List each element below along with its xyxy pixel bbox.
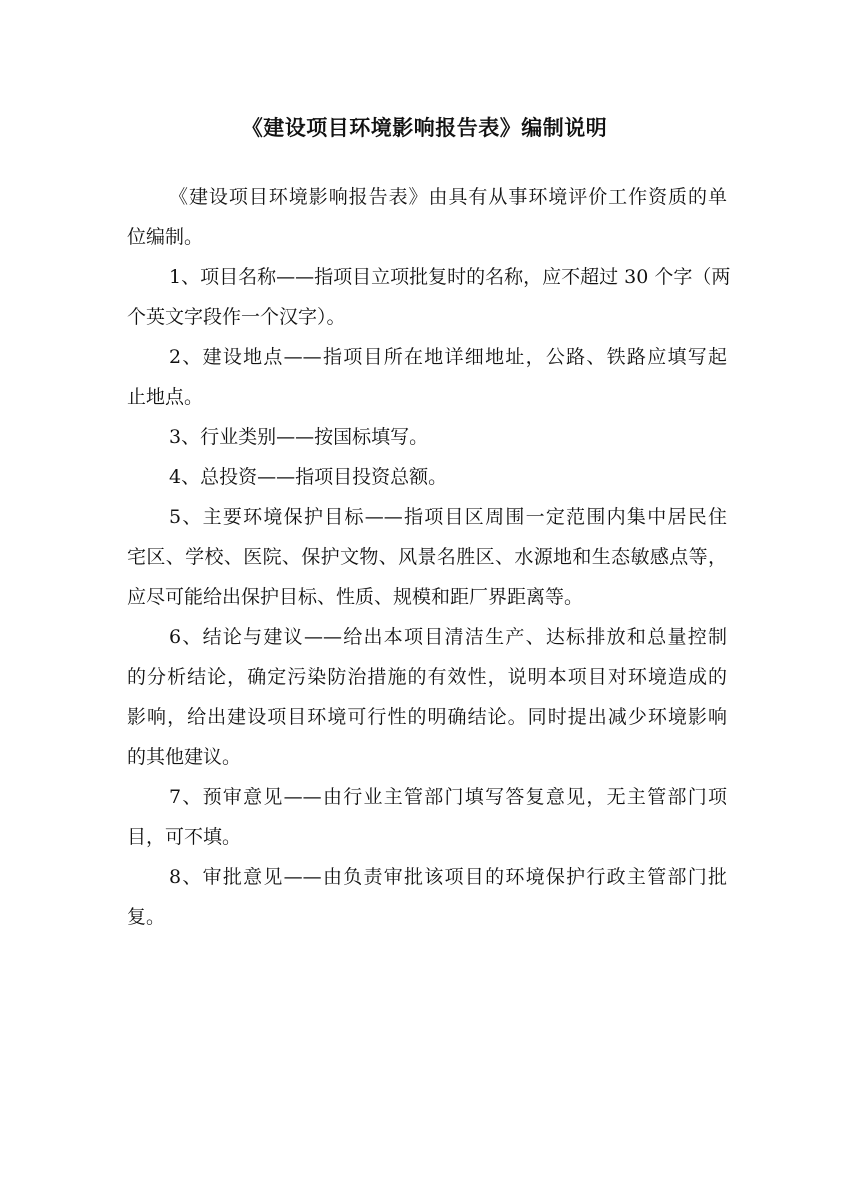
- text-line: 6、结论与建议——给出本项目清洁生产、达标排放和总量控制: [127, 622, 727, 662]
- text-line: 宅区、学校、医院、保护文物、风景名胜区、水源地和生态敏感点等，: [127, 542, 727, 582]
- text-line: 5、主要环境保护目标——指项目区周围一定范围内集中居民住: [127, 502, 727, 542]
- text-line: 4、总投资——指项目投资总额。: [127, 462, 727, 502]
- text-line: 3、行业类别——按国标填写。: [127, 422, 727, 462]
- paragraph-item-5: 5、主要环境保护目标——指项目区周围一定范围内集中居民住 宅区、学校、医院、保护…: [127, 502, 727, 622]
- paragraph-item-6: 6、结论与建议——给出本项目清洁生产、达标排放和总量控制 的分析结论，确定污染防…: [127, 622, 727, 782]
- text-line: 复。: [127, 902, 727, 942]
- text-line: 1、项目名称——指项目立项批复时的名称，应不超过 30 个字（两: [127, 262, 727, 302]
- text-line: 8、审批意见——由负责审批该项目的环境保护行政主管部门批: [127, 862, 727, 902]
- paragraph-item-2: 2、建设地点——指项目所在地详细地址，公路、铁路应填写起 止地点。: [127, 342, 727, 422]
- text-line: 目，可不填。: [127, 822, 727, 862]
- paragraph-item-1: 1、项目名称——指项目立项批复时的名称，应不超过 30 个字（两 个英文字段作一…: [127, 262, 727, 342]
- text-line: 影响，给出建设项目环境可行性的明确结论。同时提出减少环境影响: [127, 702, 727, 742]
- paragraph-item-3: 3、行业类别——按国标填写。: [127, 422, 727, 462]
- text-line: 止地点。: [127, 382, 727, 422]
- page-title: 《建设项目环境影响报告表》编制说明: [0, 112, 849, 142]
- text-line: 2、建设地点——指项目所在地详细地址，公路、铁路应填写起: [127, 342, 727, 382]
- text-line: 个英文字段作一个汉字）。: [127, 302, 727, 342]
- document-body: 《建设项目环境影响报告表》由具有从事环境评价工作资质的单 位编制。 1、项目名称…: [127, 182, 727, 942]
- text-line: 7、预审意见——由行业主管部门填写答复意见，无主管部门项: [127, 782, 727, 822]
- text-line: 位编制。: [127, 222, 727, 262]
- text-line: 《建设项目环境影响报告表》由具有从事环境评价工作资质的单: [127, 182, 727, 222]
- paragraph-intro: 《建设项目环境影响报告表》由具有从事环境评价工作资质的单 位编制。: [127, 182, 727, 262]
- paragraph-item-7: 7、预审意见——由行业主管部门填写答复意见，无主管部门项 目，可不填。: [127, 782, 727, 862]
- paragraph-item-8: 8、审批意见——由负责审批该项目的环境保护行政主管部门批 复。: [127, 862, 727, 942]
- text-line: 的分析结论，确定污染防治措施的有效性，说明本项目对环境造成的: [127, 662, 727, 702]
- text-line: 应尽可能给出保护目标、性质、规模和距厂界距离等。: [127, 582, 727, 622]
- paragraph-item-4: 4、总投资——指项目投资总额。: [127, 462, 727, 502]
- text-line: 的其他建议。: [127, 742, 727, 782]
